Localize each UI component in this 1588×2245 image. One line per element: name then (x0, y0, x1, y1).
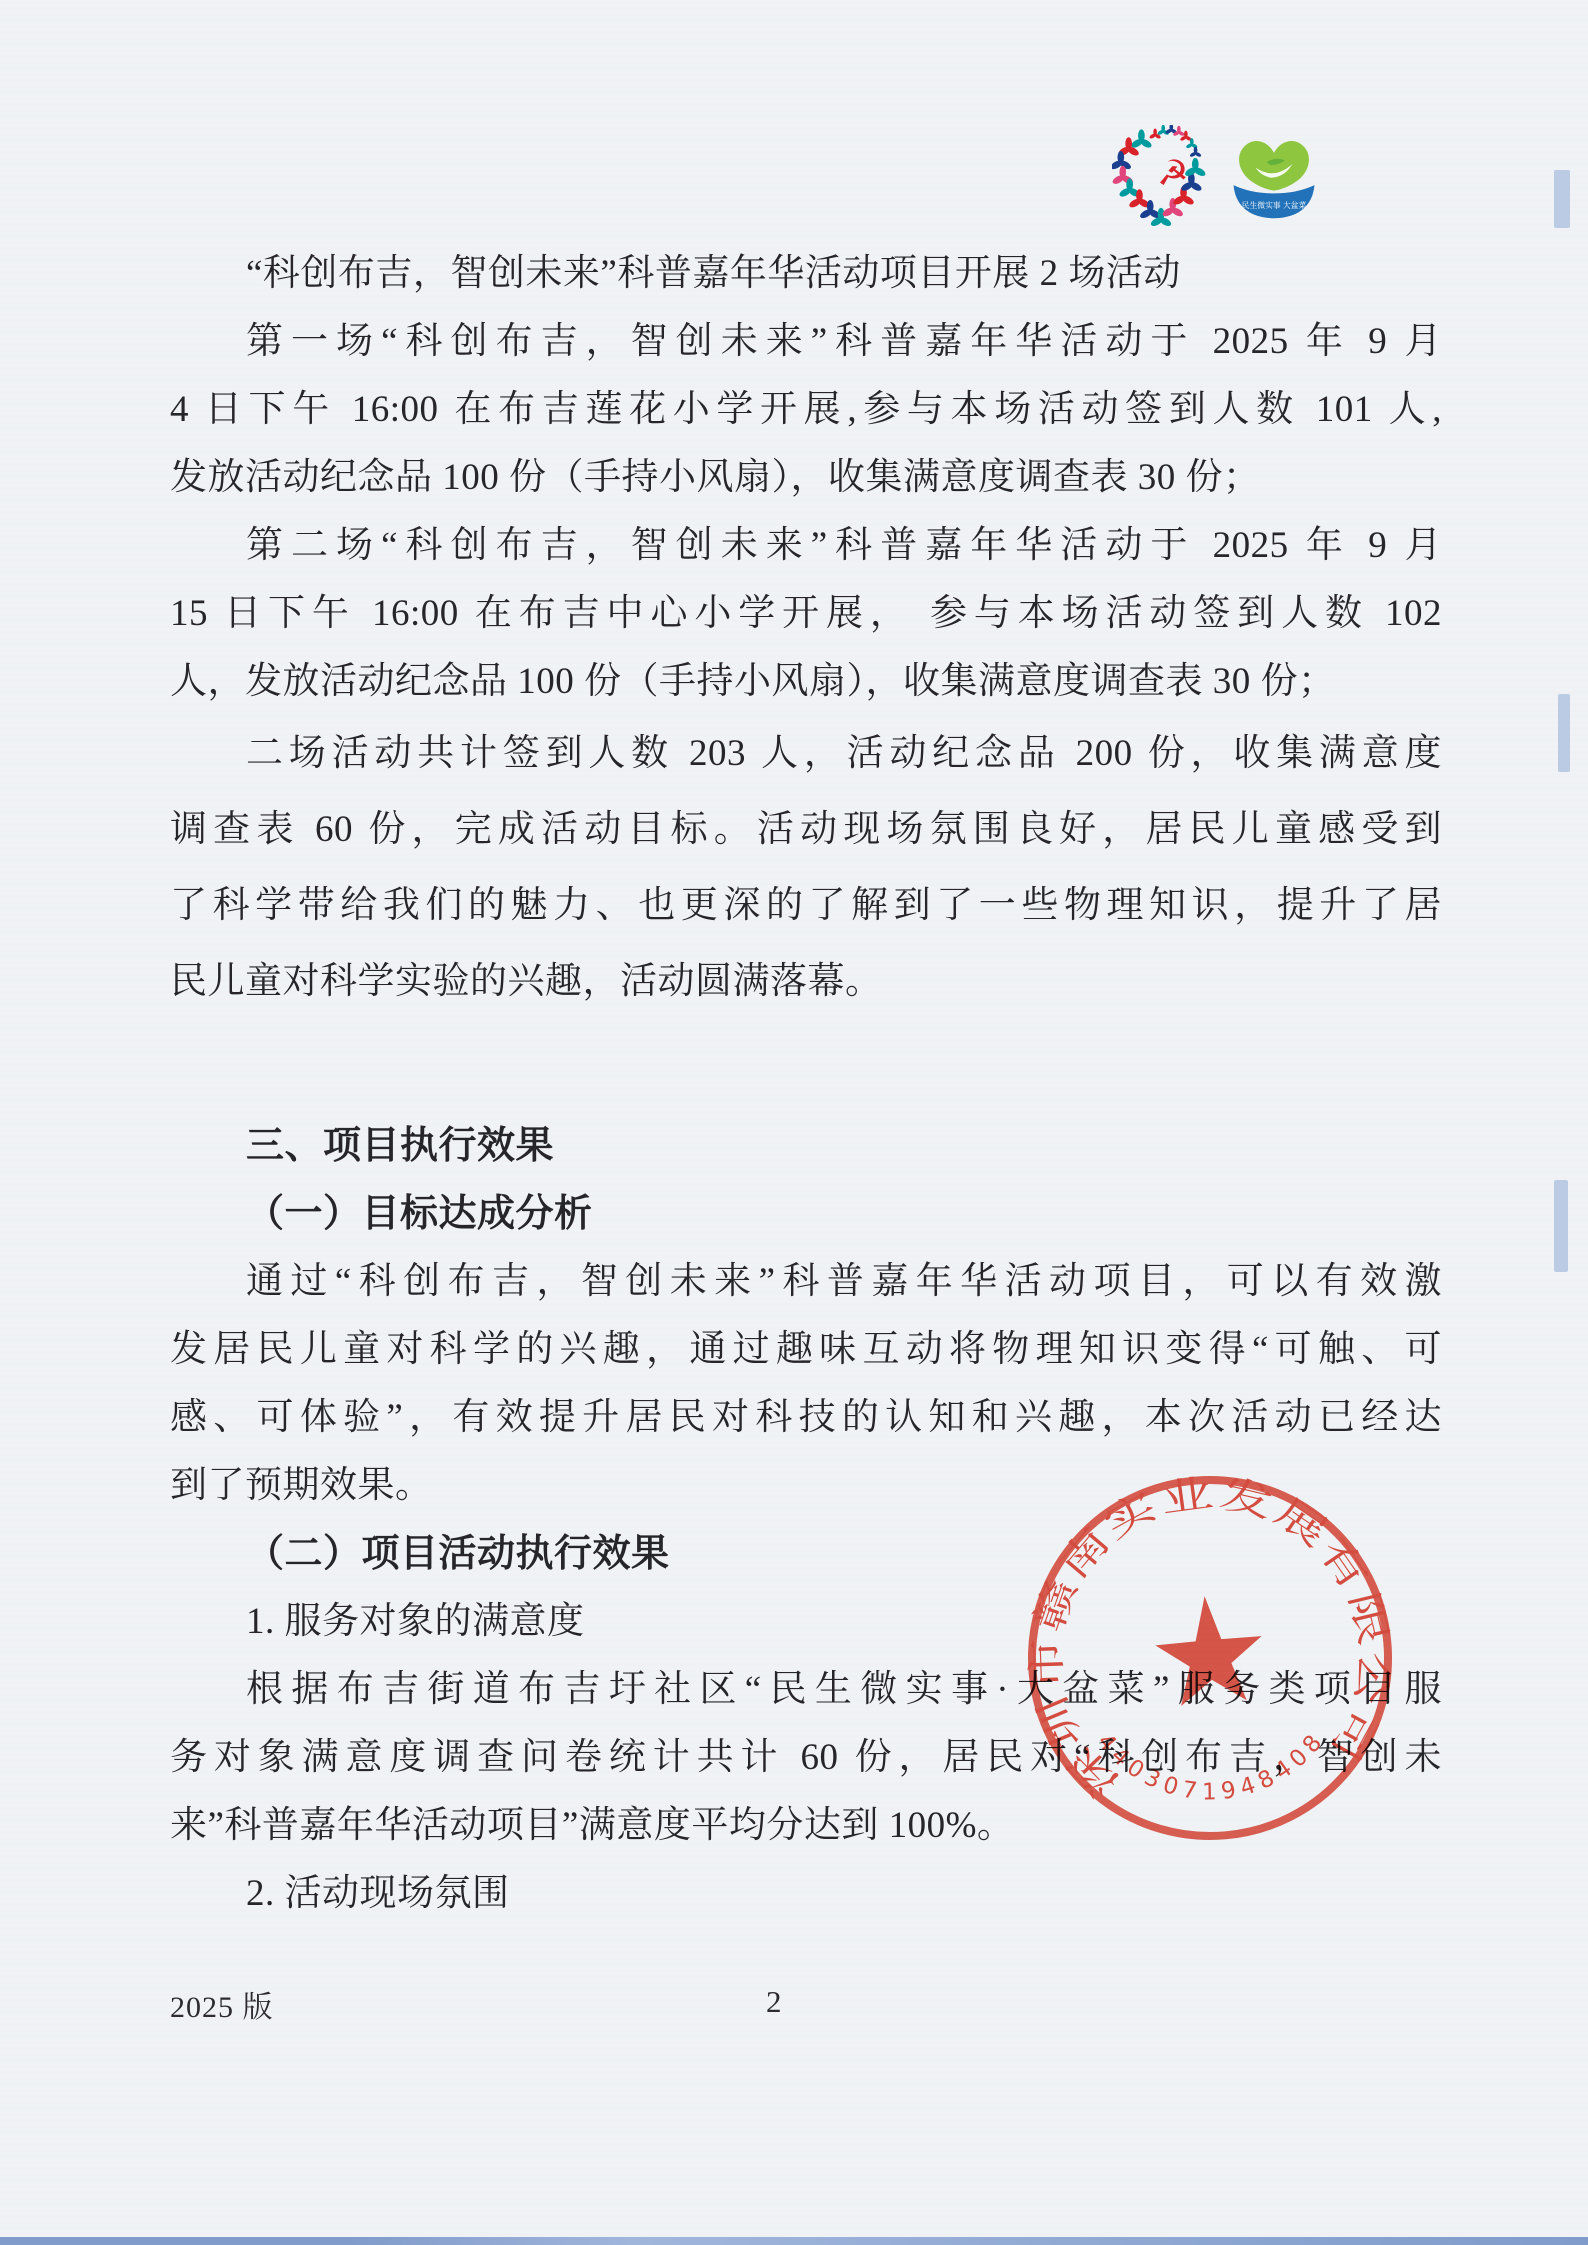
doc-line: 了科学带给我们的魅力、也更深的了解到了一些物理知识，提升了居 (170, 868, 1442, 944)
footer-page-number: 2 (766, 1984, 782, 2020)
doc-line: 2. 活动现场氛围 (170, 1860, 1442, 1928)
stamp-star-icon (1151, 1592, 1267, 1708)
msw-bowl-logo: 民生微实事 大盆菜 (1228, 133, 1320, 228)
doc-line: 感、可体验”，有效提升居民对科技的认知和兴趣，本次活动已经达 (170, 1384, 1442, 1452)
doc-line: 调查表 60 份，完成活动目标。活动现场氛围良好，居民儿童感受到 (170, 792, 1442, 868)
hammer-sickle-icon: ☭ (1157, 153, 1189, 194)
doc-line: 民儿童对科学实验的兴趣，活动圆满落幕。 (170, 944, 1442, 1020)
bowl-label: 民生微实事 大盆菜 (1242, 200, 1307, 210)
doc-line: 4 日下午 16:00 在布吉莲花小学开展,参与本场活动签到人数 101 人, (170, 376, 1442, 444)
company-stamp: 深圳市赣南实业发展有限公司 4403071948408 (1008, 1456, 1412, 1860)
doc-line: （一）目标达成分析 (170, 1180, 1442, 1248)
doc-line: 第二场“科创布吉，智创未来”科普嘉年华活动于 2025 年 9 月 (170, 512, 1442, 580)
header-logos: ☭ 民生微实事 大盆菜 (1112, 124, 1342, 236)
scan-artifact (1558, 694, 1570, 772)
doc-line: 人，发放活动纪念品 100 份（手持小风扇），收集满意度调查表 30 份； (170, 648, 1442, 716)
page: { "header": { "logo_party": { "symbol": … (0, 0, 1588, 2245)
party-heart-logo: ☭ (1112, 125, 1210, 235)
doc-line: 15 日下午 16:00 在布吉中心小学开展， 参与本场活动签到人数 102 (170, 580, 1442, 648)
scan-artifact (1554, 1180, 1568, 1272)
doc-line: 通过“科创布吉，智创未来”科普嘉年华活动项目，可以有效激 (170, 1248, 1442, 1316)
doc-line: 第一场“科创布吉，智创未来”科普嘉年华活动于 2025 年 9 月 (170, 308, 1442, 376)
doc-line: 发居民儿童对科学的兴趣，通过趣味互动将物理知识变得“可触、可 (170, 1316, 1442, 1384)
doc-line: 二场活动共计签到人数 203 人，活动纪念品 200 份，收集满意度 (170, 716, 1442, 792)
doc-line: 发放活动纪念品 100 份（手持小风扇），收集满意度调查表 30 份； (170, 444, 1442, 512)
doc-line: “科创布吉，智创未来”科普嘉年华活动项目开展 2 场活动 (170, 240, 1442, 308)
scan-artifact (1554, 170, 1570, 228)
green-heart-shape (1239, 141, 1309, 191)
footer-edition: 2025 版 (170, 1982, 274, 2026)
doc-line: 三、项目执行效果 (170, 1112, 1442, 1180)
stamp-serial-text: 4403071948408 (1091, 1710, 1336, 1816)
scan-edge-line (0, 2237, 1588, 2245)
